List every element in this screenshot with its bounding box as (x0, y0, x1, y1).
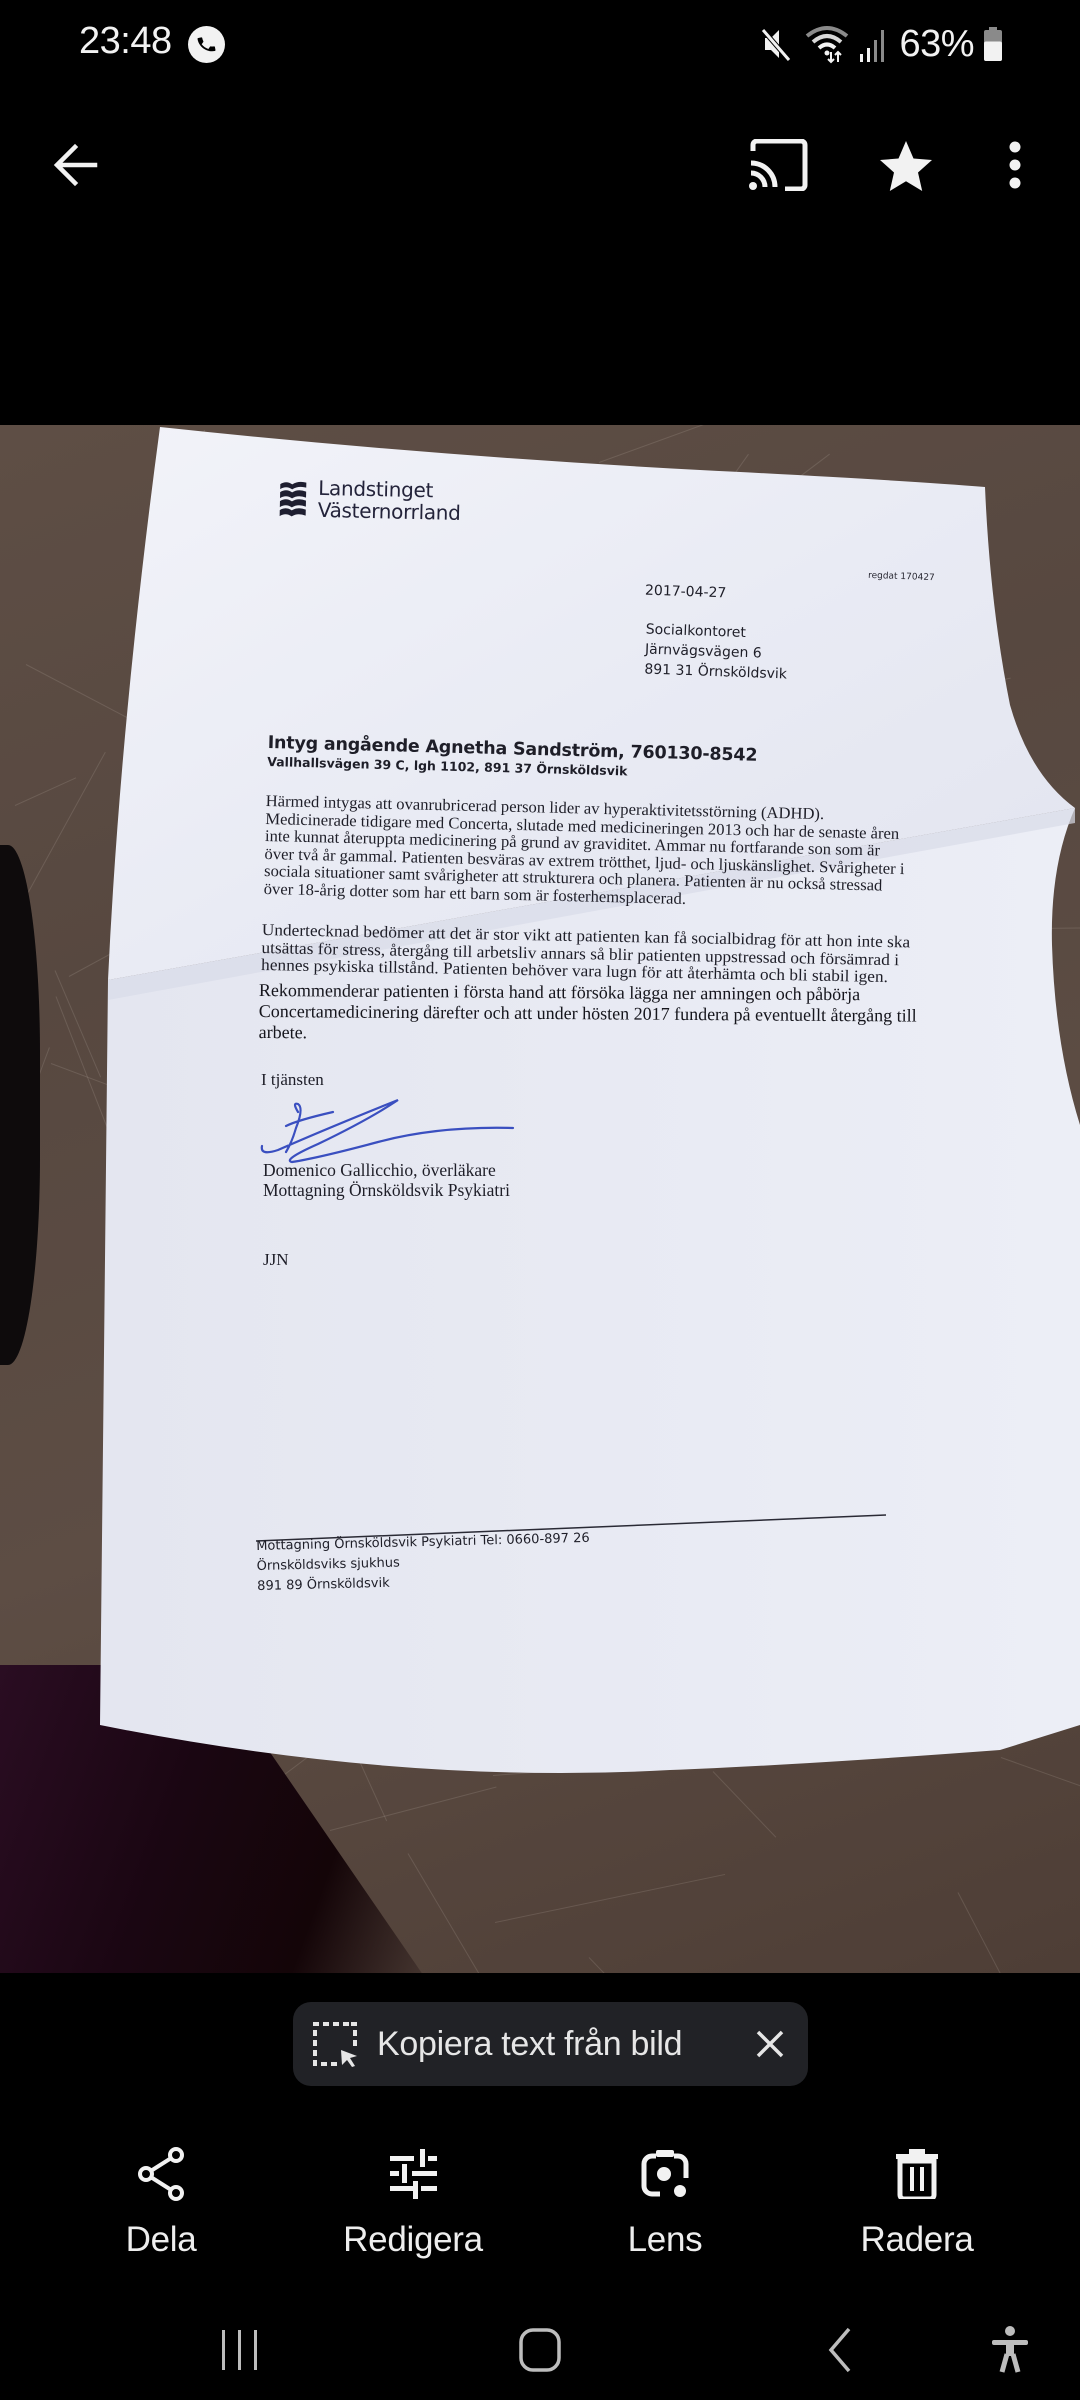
battery-icon (984, 27, 1002, 61)
paragraph-1: Härmed intygas att ovanrubricerad person… (264, 792, 906, 912)
accessibility-icon (990, 2326, 1030, 2374)
close-icon (755, 2029, 785, 2059)
status-icons: 63% (759, 20, 1002, 68)
signer-name: Domenico Gallicchio, överläkare (263, 1160, 510, 1180)
more-vertical-icon (1008, 140, 1022, 190)
viewer-top-bar (0, 110, 1080, 210)
star-icon (878, 139, 934, 193)
landstinget-logo-icon (278, 478, 309, 519)
more-options-button[interactable] (990, 130, 1040, 200)
paragraph-3: Rekommenderar patienten i första hand at… (259, 980, 917, 1048)
nav-back-icon (827, 2327, 853, 2373)
system-back-button[interactable] (800, 2320, 880, 2380)
share-button[interactable]: Dela (61, 2140, 261, 2270)
letterhead-line2: Västernorrland (318, 499, 461, 524)
letter-footer: Mottagning Örnsköldsvik Psykiatri Tel: 0… (256, 1529, 591, 1597)
edit-button[interactable]: Redigera (313, 2140, 513, 2270)
signer-block: Domenico Gallicchio, överläkare Mottagni… (263, 1160, 510, 1200)
status-bar: 23:48 63% (0, 0, 1080, 90)
initials: JJN (263, 1250, 289, 1270)
copy-text-from-image-chip[interactable]: Kopiera text från bild (293, 2002, 808, 2086)
delete-label: Radera (861, 2220, 974, 2260)
letter-date: 2017-04-27 (645, 583, 727, 602)
recents-icon (220, 2328, 260, 2372)
copy-text-label: Kopiera text från bild (377, 2025, 682, 2064)
signer-unit: Mottagning Örnsköldsvik Psykiatri (263, 1180, 510, 1200)
lens-button[interactable]: Lens (565, 2140, 765, 2270)
phone-call-icon (188, 26, 225, 63)
trash-icon (894, 2149, 940, 2199)
photo-viewer-image[interactable]: Landstinget Västernorrland regdat 170427… (0, 425, 1080, 1973)
recipient-address: Socialkontoret Järnvägsvägen 6 891 31 Ör… (644, 620, 789, 685)
delete-button[interactable]: Radera (817, 2140, 1017, 2270)
recents-button[interactable] (200, 2320, 280, 2380)
handwritten-signature (258, 1098, 518, 1168)
favorite-button[interactable] (868, 128, 944, 204)
photo-action-bar: Dela Redigera Lens (0, 2140, 1080, 2270)
home-icon (518, 2327, 562, 2373)
letterhead-logo: Landstinget Västernorrland (278, 476, 462, 524)
back-button[interactable] (40, 130, 110, 200)
document-paper (0, 425, 1080, 1973)
closing: I tjänsten (261, 1070, 324, 1090)
status-time: 23:48 (79, 20, 172, 63)
text-select-icon (311, 2020, 359, 2068)
battery-percent: 63% (899, 23, 974, 66)
system-navigation-bar (0, 2300, 1080, 2400)
cast-button[interactable] (740, 130, 816, 200)
lens-icon (640, 2148, 690, 2200)
chip-close-button[interactable] (750, 2024, 790, 2064)
home-button[interactable] (500, 2320, 580, 2380)
cast-icon (747, 139, 809, 191)
tune-sliders-icon (388, 2149, 438, 2199)
lens-label: Lens (628, 2220, 703, 2260)
accessibility-button[interactable] (975, 2320, 1045, 2380)
wifi-data-icon (805, 24, 849, 64)
vibrate-mute-icon (759, 24, 795, 64)
share-icon (136, 2146, 186, 2202)
arrow-back-icon (51, 141, 99, 189)
share-label: Dela (126, 2220, 197, 2260)
cellular-signal-icon (859, 24, 889, 64)
edit-label: Redigera (343, 2220, 483, 2260)
